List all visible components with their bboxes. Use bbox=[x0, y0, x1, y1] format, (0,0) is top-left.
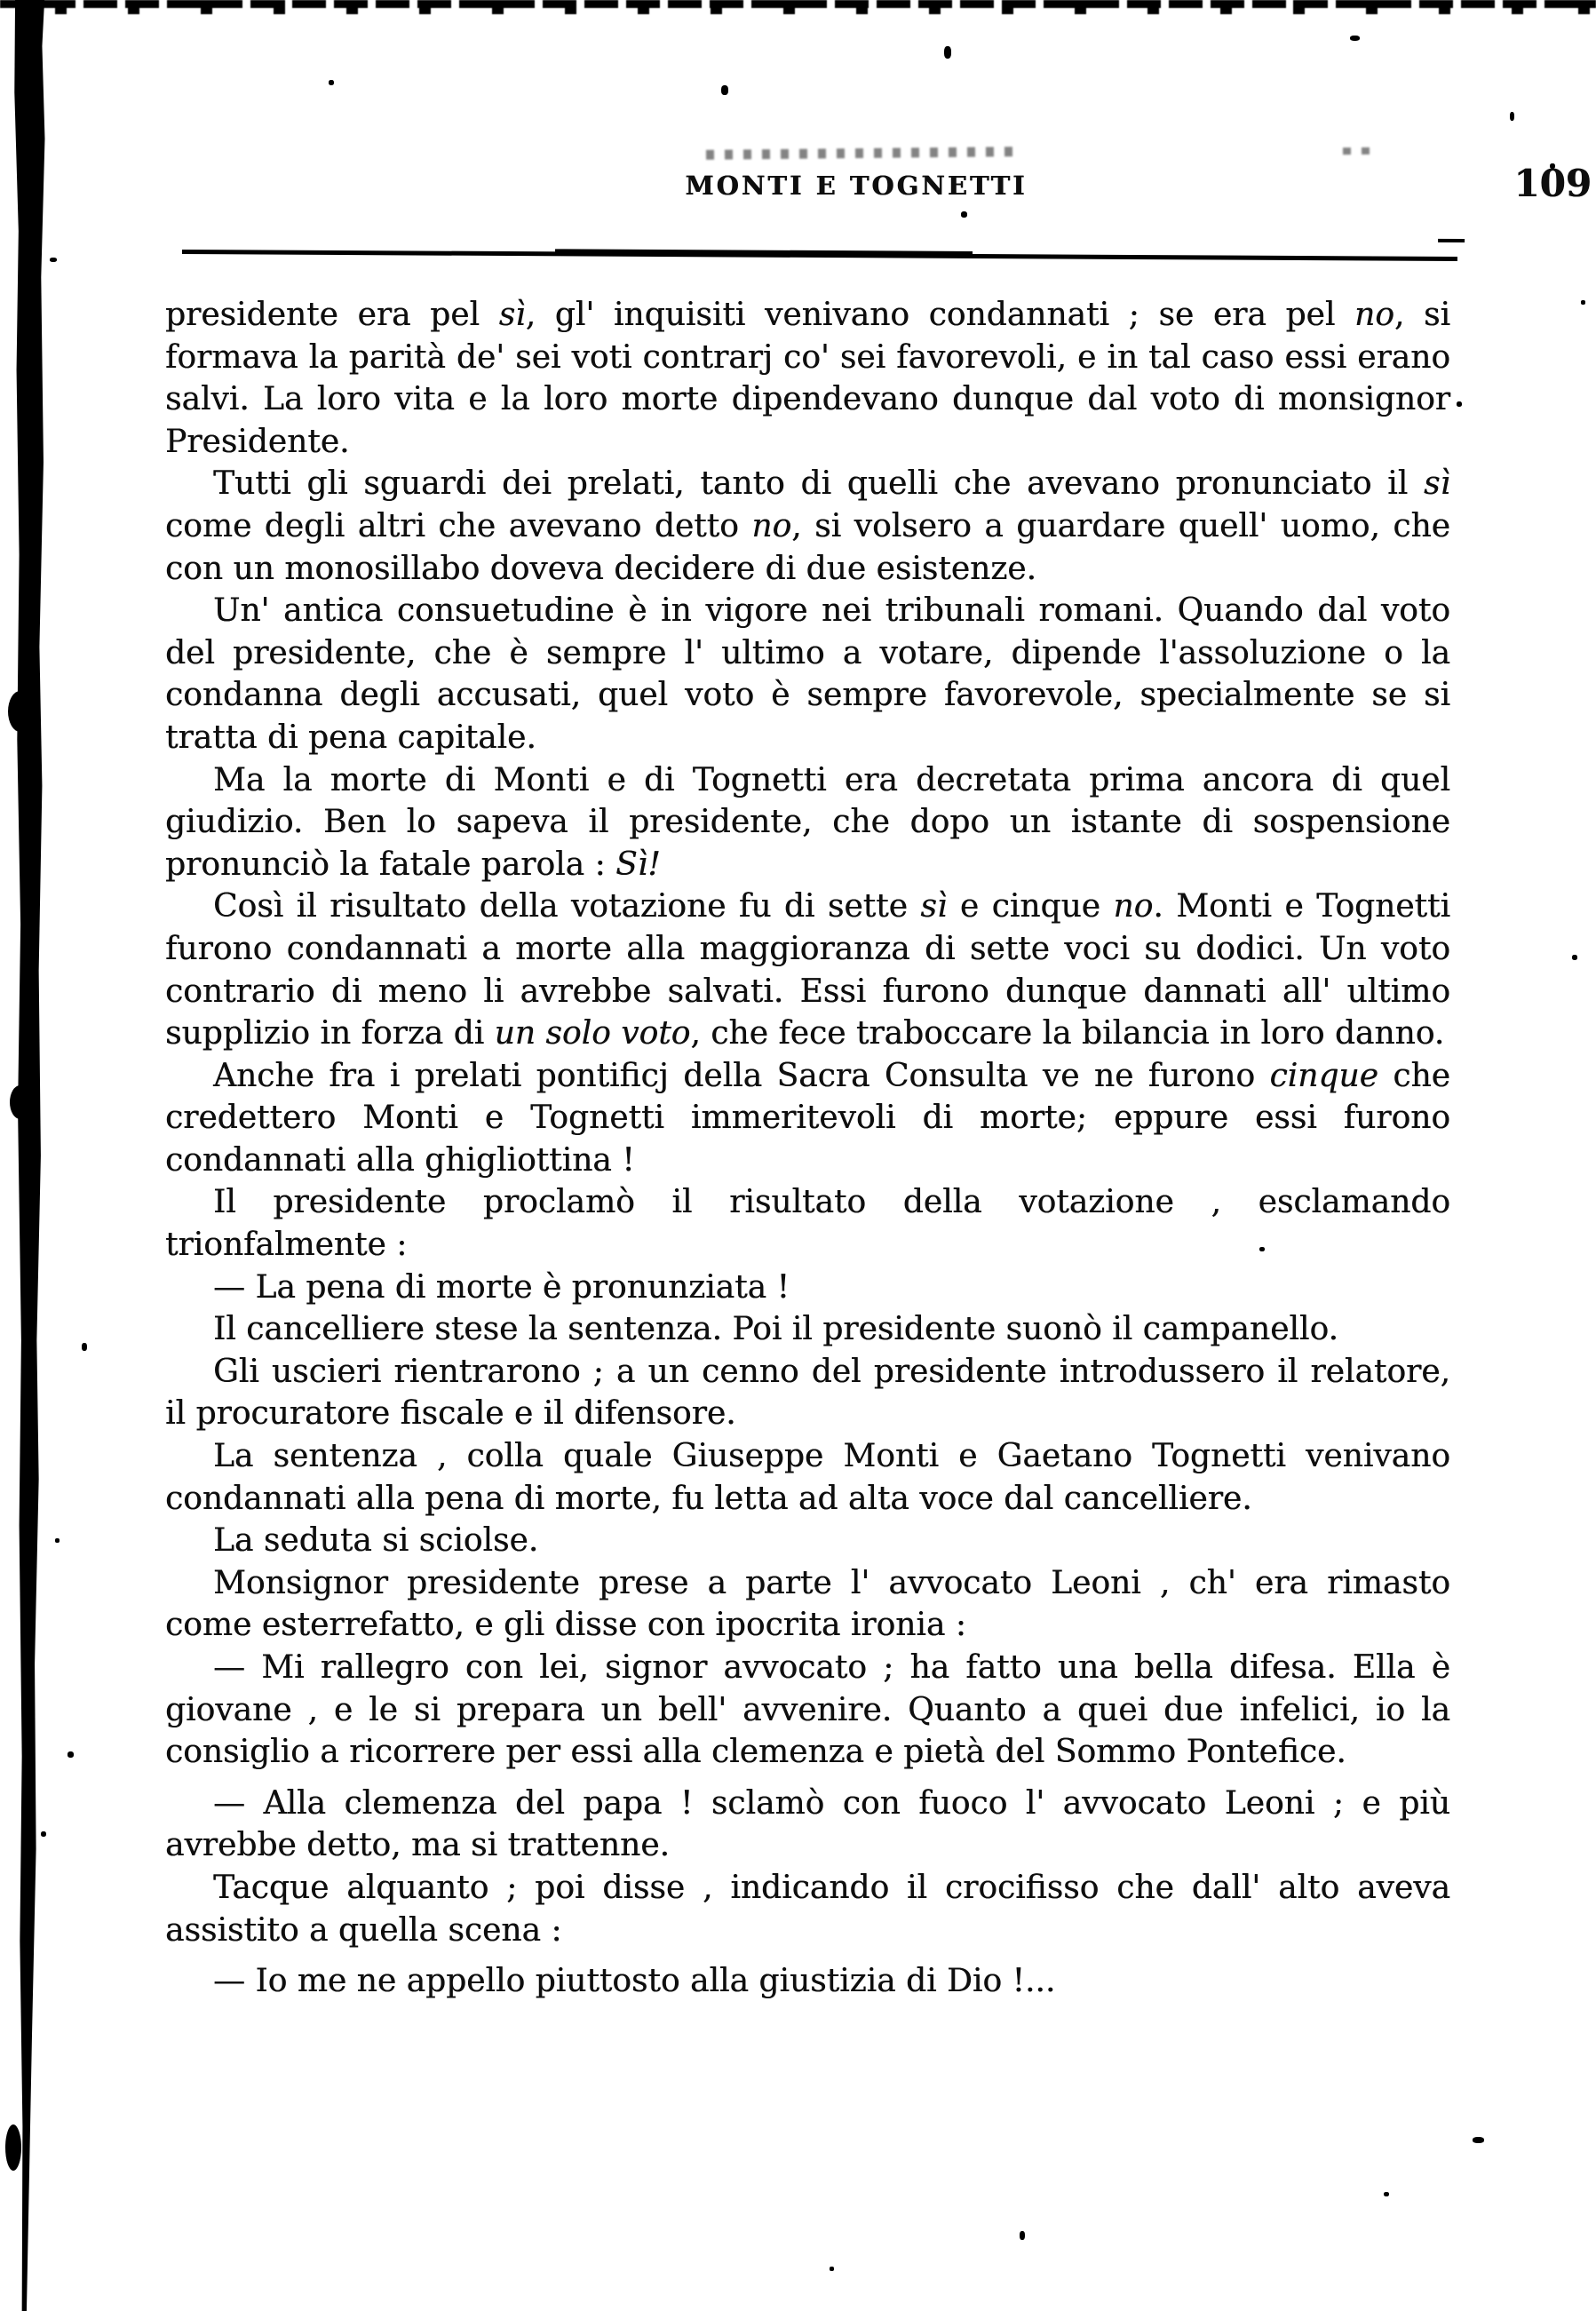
paragraph: Gli uscieri rientrarono ; a un cenno del… bbox=[165, 1351, 1450, 1435]
text-run: Anche fra i prelati pontificj della Sacr… bbox=[213, 1058, 1270, 1094]
italic-text: Sì! bbox=[615, 846, 661, 883]
running-title: MONTI E TOGNETTI bbox=[685, 171, 1027, 201]
italic-text: cinque bbox=[1270, 1058, 1378, 1094]
italic-text: no bbox=[1354, 297, 1394, 333]
text-run: Un' antica consuetudine è in vigore nei … bbox=[165, 592, 1450, 756]
scan-artifact-smudge bbox=[706, 147, 1015, 160]
scan-speck bbox=[721, 85, 728, 95]
text-run: Così il risultato della votazione fu di … bbox=[213, 888, 920, 925]
scan-speck bbox=[1020, 2231, 1025, 2240]
text-run: — Alla clemenza del papa ! sclamò con fu… bbox=[165, 1785, 1450, 1864]
scan-speck bbox=[1473, 2137, 1484, 2143]
body-text: presidente era pel sì, gl' inquisiti ven… bbox=[165, 294, 1450, 2003]
paragraph: Il presidente proclamò il risultato dell… bbox=[165, 1181, 1450, 1266]
scan-artifact-top-edge bbox=[0, 0, 1596, 15]
paragraph: Tutti gli sguardi dei prelati, tanto di … bbox=[165, 463, 1450, 590]
text-run: — Io me ne appello piuttosto alla giusti… bbox=[213, 1963, 1055, 1999]
scan-speck bbox=[1572, 955, 1577, 960]
scan-artifact-smudge bbox=[1343, 147, 1377, 155]
page-number: 109 bbox=[1513, 162, 1592, 205]
scan-speck bbox=[67, 1751, 74, 1758]
text-run: Il presidente proclamò il risultato dell… bbox=[165, 1184, 1450, 1263]
text-run: , che fece traboccare la bilancia in lor… bbox=[690, 1015, 1444, 1052]
paragraph: Tacque alquanto ; poi disse , indicando … bbox=[165, 1867, 1450, 1951]
text-run: Il cancelliere stese la sentenza. Poi il… bbox=[213, 1311, 1338, 1347]
paragraph: La seduta si sciolse. bbox=[165, 1520, 1450, 1562]
scan-speck bbox=[329, 80, 334, 85]
paragraph: — Mi rallegro con lei, signor avvocato ;… bbox=[165, 1647, 1450, 1774]
text-run: Tacque alquanto ; poi disse , indicando … bbox=[165, 1870, 1450, 1949]
italic-text: sì bbox=[920, 888, 947, 925]
scan-speck bbox=[82, 1343, 87, 1351]
scan-speck bbox=[1457, 401, 1462, 407]
scanned-book-page: MONTI E TOGNETTI 109 presidente era pel … bbox=[0, 0, 1596, 2311]
scan-speck bbox=[1510, 112, 1514, 121]
text-run: — Mi rallegro con lei, signor avvocato ;… bbox=[165, 1649, 1450, 1770]
paragraph: presidente era pel sì, gl' inquisiti ven… bbox=[165, 294, 1450, 463]
scan-artifact-left-bar bbox=[12, 0, 46, 2311]
scan-artifact-blob bbox=[10, 1085, 30, 1119]
paragraph: — Io me ne appello piuttosto alla giusti… bbox=[165, 1960, 1450, 2003]
paragraph: — La pena di morte è pronunziata ! bbox=[165, 1267, 1450, 1309]
text-run: La sentenza , colla quale Giuseppe Monti… bbox=[165, 1438, 1450, 1517]
page-header: MONTI E TOGNETTI 109 bbox=[165, 167, 1449, 213]
paragraph: Ma la morte di Monti e di Tognetti era d… bbox=[165, 759, 1450, 886]
paragraph: — Alla clemenza del papa ! sclamò con fu… bbox=[165, 1783, 1450, 1867]
text-run: Gli uscieri rientrarono ; a un cenno del… bbox=[165, 1354, 1450, 1433]
paragraph: Anche fra i prelati pontificj della Sacr… bbox=[165, 1055, 1450, 1182]
text-run: Ma la morte di Monti e di Tognetti era d… bbox=[165, 762, 1450, 883]
text-run: e cinque bbox=[947, 888, 1113, 925]
text-run: presidente era pel bbox=[165, 297, 499, 333]
scan-speck bbox=[41, 1831, 46, 1837]
paragraph: Così il risultato della votazione fu di … bbox=[165, 885, 1450, 1054]
italic-text: no bbox=[1113, 888, 1153, 925]
paragraph: La sentenza , colla quale Giuseppe Monti… bbox=[165, 1435, 1450, 1520]
text-run: Monsignor presidente prese a parte l' av… bbox=[165, 1565, 1450, 1644]
italic-text: un solo voto bbox=[495, 1015, 691, 1052]
italic-text: sì bbox=[499, 297, 526, 333]
italic-text: sì bbox=[1424, 465, 1450, 502]
text-run: Tutti gli sguardi dei prelati, tanto di … bbox=[213, 465, 1424, 502]
header-rule bbox=[182, 250, 1457, 261]
scan-speck bbox=[1384, 2192, 1389, 2196]
paragraph: Monsignor presidente prese a parte l' av… bbox=[165, 1562, 1450, 1647]
text-run: La seduta si sciolse. bbox=[213, 1522, 538, 1559]
scan-speck bbox=[1581, 300, 1585, 305]
scan-speck bbox=[830, 2267, 834, 2271]
scan-artifact-blob bbox=[8, 691, 32, 732]
text-run: — La pena di morte è pronunziata ! bbox=[213, 1269, 790, 1306]
scan-speck bbox=[50, 258, 57, 262]
scan-artifact-blob bbox=[5, 2124, 21, 2171]
scan-speck bbox=[1350, 36, 1360, 41]
italic-text: no bbox=[751, 508, 791, 544]
scan-speck bbox=[55, 1538, 60, 1543]
text-run: , gl' inquisiti venivano condannati ; se… bbox=[526, 297, 1354, 333]
paragraph: Il cancelliere stese la sentenza. Poi il… bbox=[165, 1308, 1450, 1351]
paragraph: Un' antica consuetudine è in vigore nei … bbox=[165, 590, 1450, 758]
text-run: come degli altri che avevano detto bbox=[165, 508, 751, 544]
scan-speck bbox=[944, 46, 951, 59]
